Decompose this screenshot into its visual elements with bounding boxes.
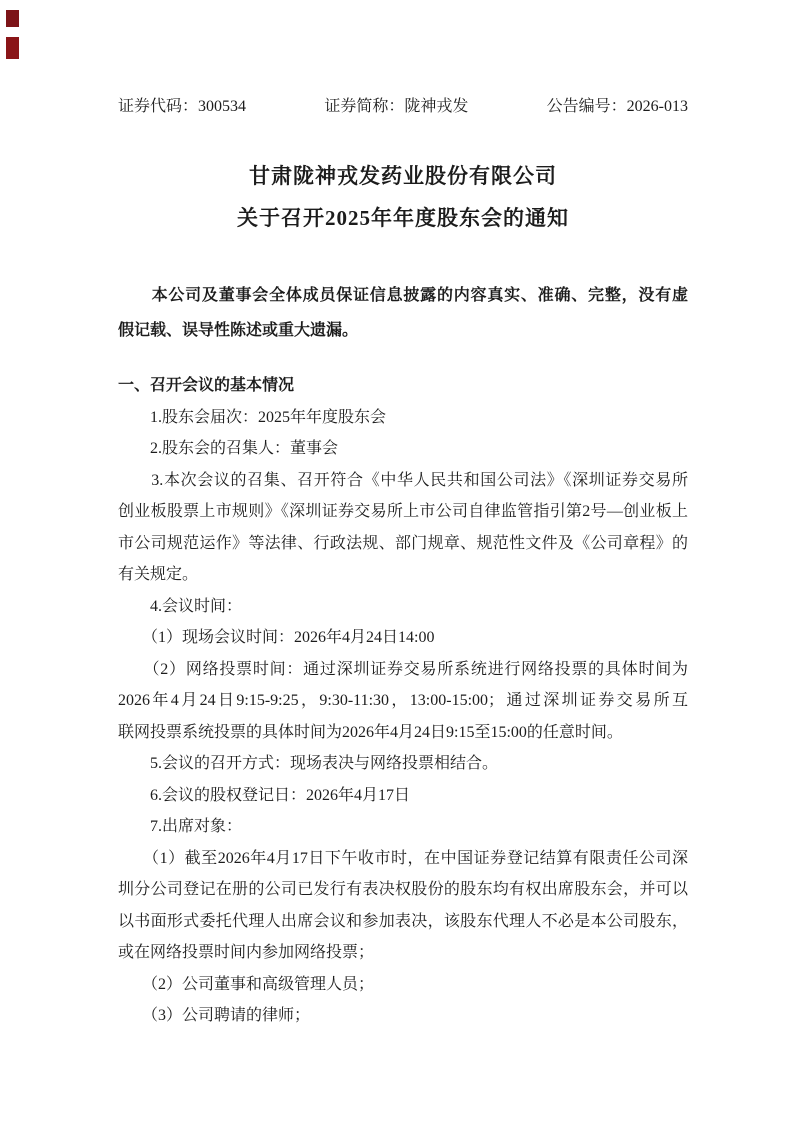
body-line: （2）网络投票时间：通过深圳证券交易所系统进行网络投票的具体时间为 bbox=[118, 654, 688, 686]
body-line: （1）现场会议时间：2026年4月24日14:00 bbox=[118, 622, 688, 654]
body-line: （1）截至2026年4月17日下午收市时，在中国证券登记结算有限责任公司深 bbox=[118, 843, 688, 875]
stock-name-label: 证券简称：陇神戎发 bbox=[324, 97, 468, 117]
paragraph: 7.出席对象： bbox=[118, 811, 688, 843]
body-line: 本公司及董事会全体成员保证信息披露的内容真实、准确、完整，没有虚 bbox=[118, 278, 688, 313]
company-name-title: 甘肃陇神戎发药业股份有限公司 bbox=[118, 161, 688, 191]
body-line: 圳分公司登记在册的公司已发行有表决权股份的股东均有权出席股东会，并可以 bbox=[118, 874, 688, 906]
paragraph: 1.股东会届次：2025年年度股东会 bbox=[118, 402, 688, 434]
body-line: 创业板股票上市规则》《深圳证券交易所上市公司自律监管指引第2号—创业板上 bbox=[118, 496, 688, 528]
paragraph: 4.会议时间： bbox=[118, 591, 688, 623]
document-body: 一、召开会议的基本情况 1.股东会届次：2025年年度股东会 2.股东会的召集人… bbox=[118, 370, 688, 1032]
notice-title: 关于召开2025年年度股东会的通知 bbox=[118, 203, 688, 233]
body-line: 2026年4月24日9:15-9:25，9:30-11:30，13:00-15:… bbox=[118, 685, 688, 717]
paragraph: （2）网络投票时间：通过深圳证券交易所系统进行网络投票的具体时间为2026年4月… bbox=[118, 654, 688, 749]
paragraph: 3.本次会议的召集、召开符合《中华人民共和国公司法》《深圳证券交易所创业板股票上… bbox=[118, 465, 688, 591]
body-line: （2）公司董事和高级管理人员； bbox=[118, 969, 688, 1001]
paragraph: 6.会议的股权登记日：2026年4月17日 bbox=[118, 780, 688, 812]
red-stamp-mark-top bbox=[6, 10, 19, 27]
paragraph: （2）公司董事和高级管理人员； bbox=[118, 969, 688, 1001]
body-line: 1.股东会届次：2025年年度股东会 bbox=[118, 402, 688, 434]
body-line: （3）公司聘请的律师； bbox=[118, 1000, 688, 1032]
document-header: 证券代码：300534 证券简称：陇神戎发 公告编号：2026-013 bbox=[118, 97, 688, 117]
paragraph: （3）公司聘请的律师； bbox=[118, 1000, 688, 1032]
body-line: 联网投票系统投票的具体时间为2026年4月24日9:15至15:00的任意时间。 bbox=[118, 717, 688, 749]
paragraph: 5.会议的召开方式：现场表决与网络投票相结合。 bbox=[118, 748, 688, 780]
body-line: 4.会议时间： bbox=[118, 591, 688, 623]
section-heading: 一、召开会议的基本情况 bbox=[118, 370, 688, 402]
disclosure-statement: 本公司及董事会全体成员保证信息披露的内容真实、准确、完整，没有虚假记载、误导性陈… bbox=[118, 278, 688, 348]
announcement-number-label: 公告编号：2026-013 bbox=[547, 97, 688, 117]
body-line: 5.会议的召开方式：现场表决与网络投票相结合。 bbox=[118, 748, 688, 780]
body-line: 有关规定。 bbox=[118, 559, 688, 591]
body-line: 市公司规范运作》等法律、行政法规、部门规章、规范性文件及《公司章程》的 bbox=[118, 528, 688, 560]
document-page: 证券代码：300534 证券简称：陇神戎发 公告编号：2026-013 甘肃陇神… bbox=[0, 0, 793, 1122]
body-line: 以书面形式委托代理人出席会议和参加表决，该股东代理人不必是本公司股东， bbox=[118, 906, 688, 938]
paragraph: （1）现场会议时间：2026年4月24日14:00 bbox=[118, 622, 688, 654]
red-stamp-mark-bottom bbox=[6, 37, 19, 59]
body-line: 6.会议的股权登记日：2026年4月17日 bbox=[118, 780, 688, 812]
body-line: 3.本次会议的召集、召开符合《中华人民共和国公司法》《深圳证券交易所 bbox=[118, 465, 688, 497]
paragraph: （1）截至2026年4月17日下午收市时，在中国证券登记结算有限责任公司深圳分公… bbox=[118, 843, 688, 969]
body-line: 2.股东会的召集人：董事会 bbox=[118, 433, 688, 465]
body-line: 7.出席对象： bbox=[118, 811, 688, 843]
paragraph: 2.股东会的召集人：董事会 bbox=[118, 433, 688, 465]
stock-code-label: 证券代码：300534 bbox=[118, 97, 246, 117]
body-line: 假记载、误导性陈述或重大遗漏。 bbox=[118, 313, 688, 348]
body-line: 或在网络投票时间内参加网络投票； bbox=[118, 937, 688, 969]
